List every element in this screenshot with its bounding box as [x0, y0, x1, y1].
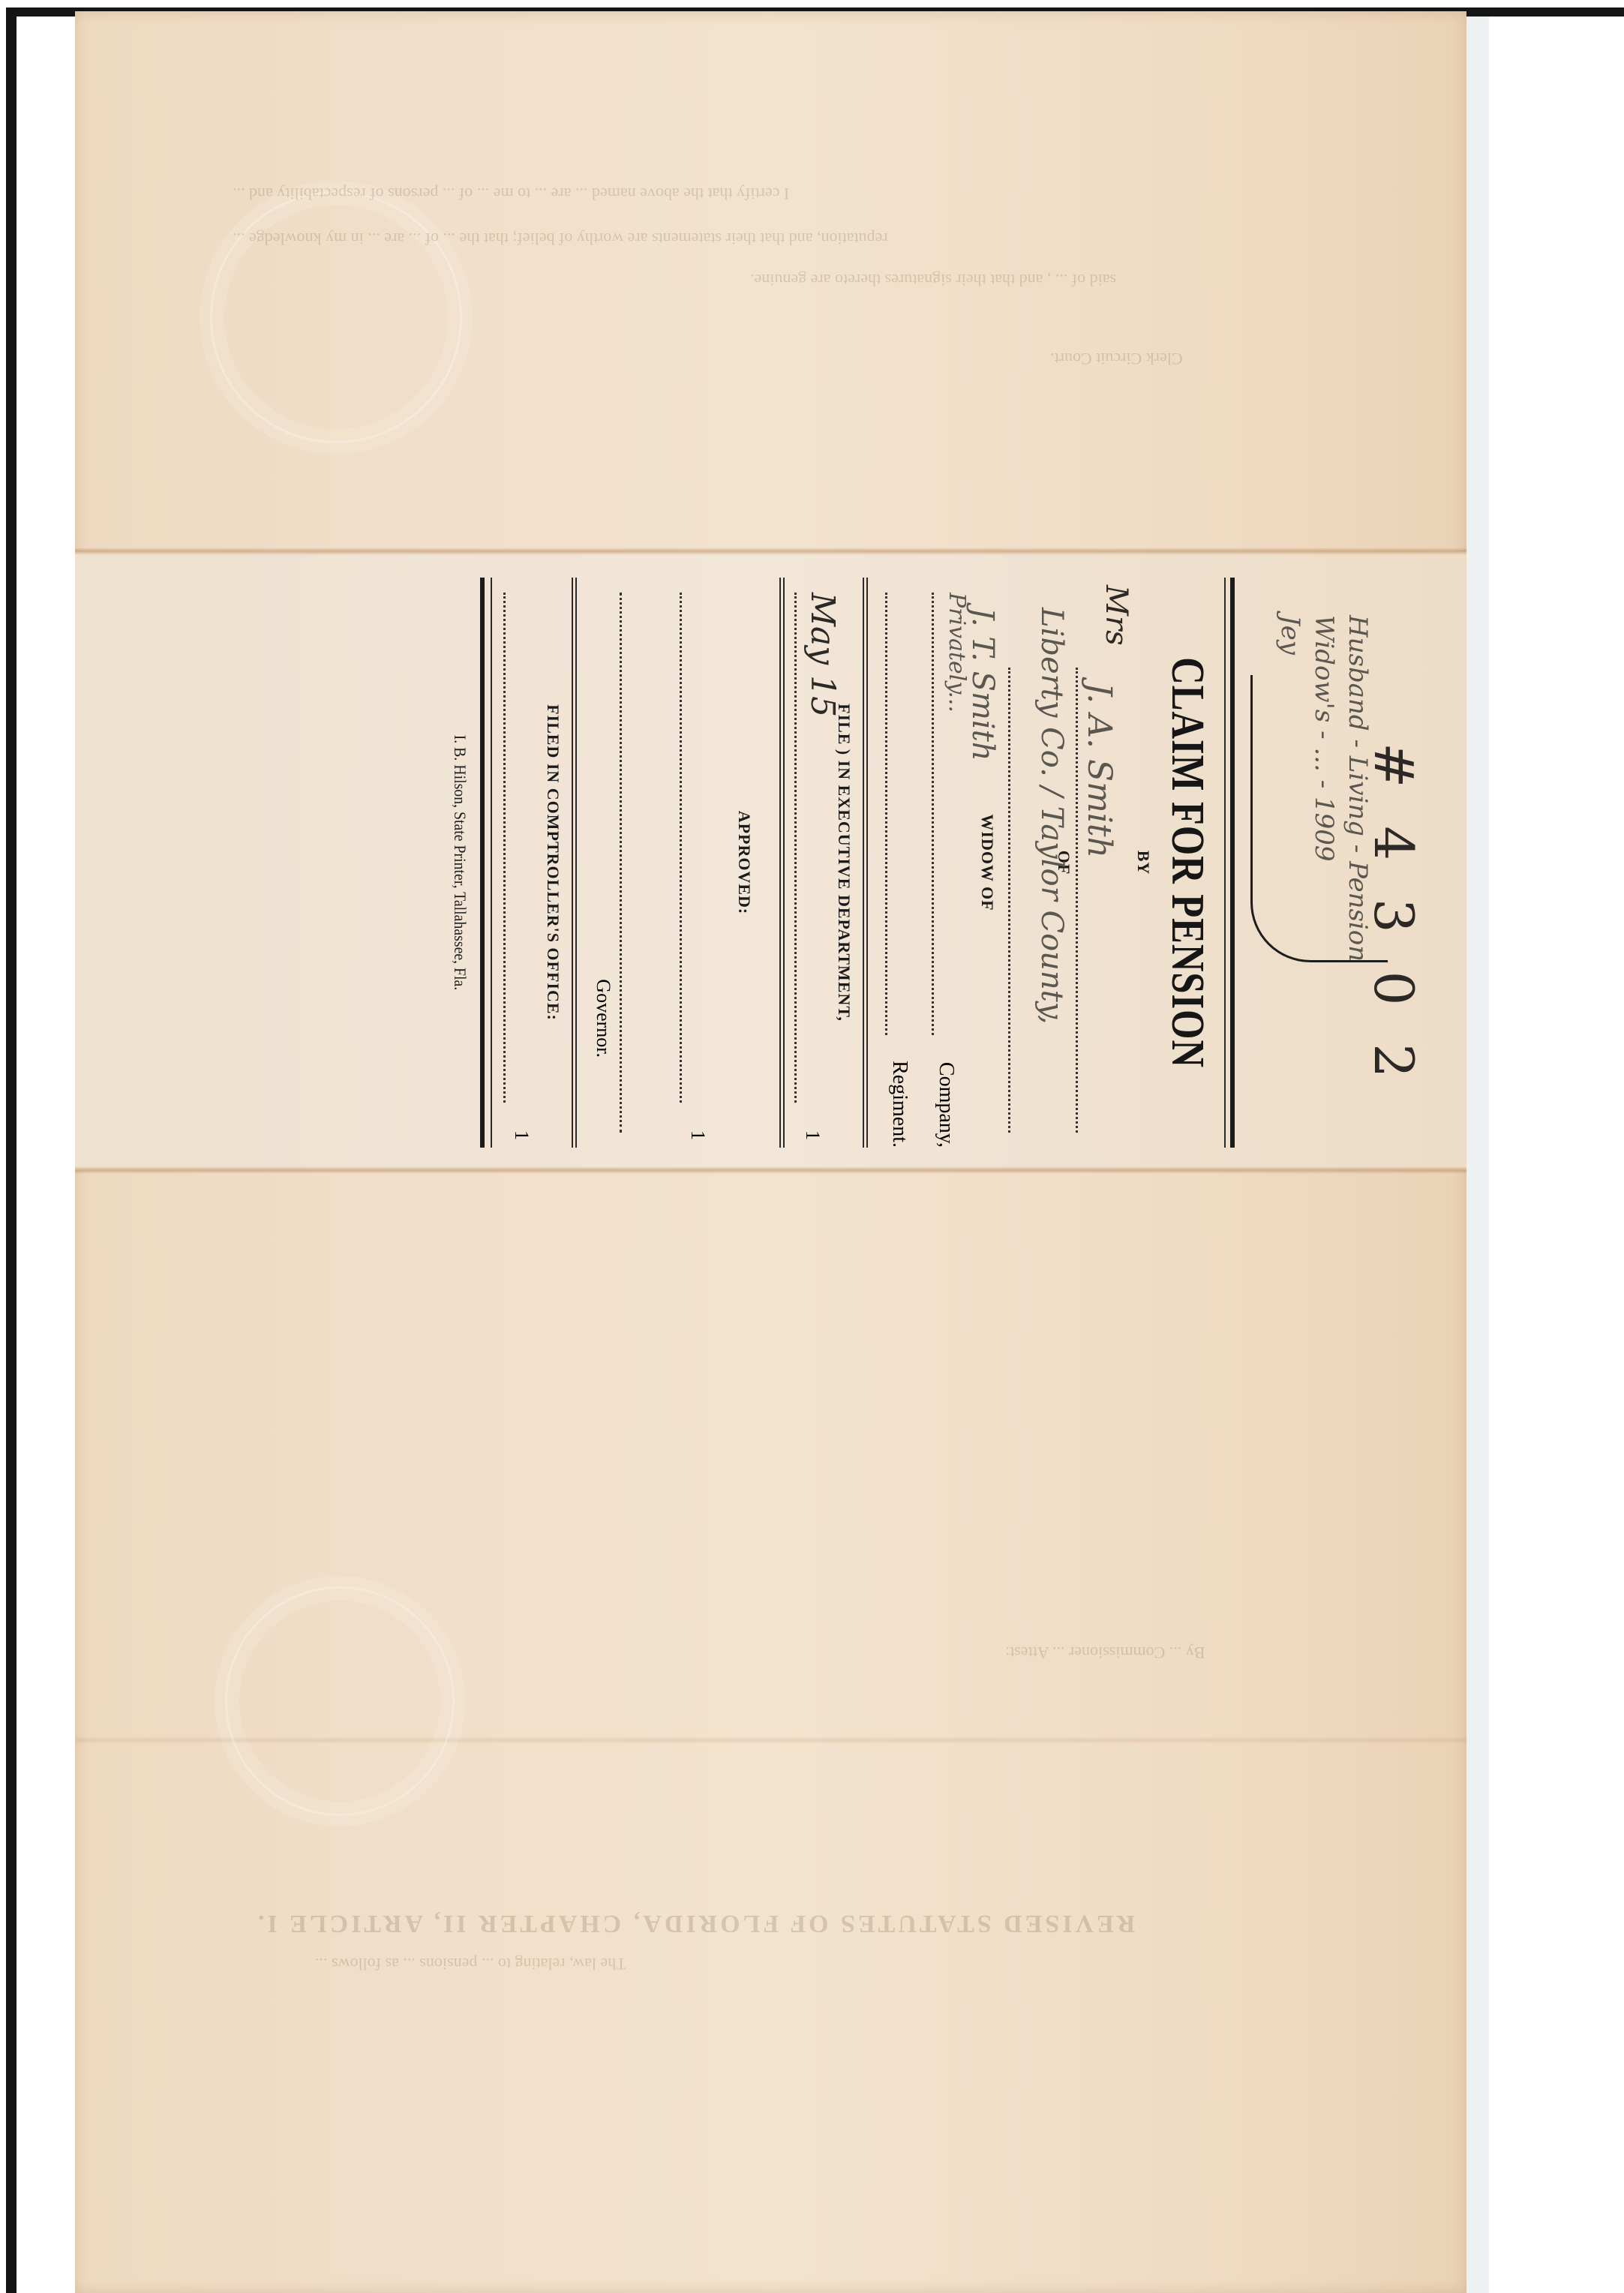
governor-signature-line — [620, 593, 643, 1133]
executive-date-line — [794, 593, 818, 1103]
fold-line-bottom — [75, 1166, 1466, 1174]
claimant-prefix: Mrs — [1099, 585, 1133, 646]
company-row: J. T. Smith Privately... Company, — [925, 578, 977, 1148]
comptroller-date-line — [503, 593, 527, 1103]
widow-of-name: J. T. Smith — [965, 608, 1000, 761]
bleed-text-line: By ... Commissioner ... Attest: — [1005, 1643, 1205, 1662]
bleed-statute-header: REVISED STATUTES OF FLORIDA, CHAPTER II,… — [255, 1909, 1135, 1937]
approved-date-line — [680, 593, 703, 1103]
governor-signature-row — [614, 578, 659, 1148]
section-rule — [863, 578, 864, 1148]
executive-date-row: May 15 1 — [789, 578, 834, 1148]
governor-label: Governor. — [592, 578, 614, 1058]
section-rule — [572, 578, 573, 1148]
section-rule — [866, 578, 868, 1148]
bleed-text-line: I certify that the above named ... are .… — [233, 184, 789, 203]
bleed-text-line: reputation, and that their statements ar… — [233, 229, 888, 248]
document-paper: I certify that the above named ... are .… — [75, 11, 1466, 2293]
fold-line-top — [75, 548, 1466, 555]
county-row: Liberty Co. / Taylor County, — [1001, 578, 1054, 1148]
pension-claim-form: CLAIM FOR PENSION BY Mrs J. A. Smith OF … — [300, 578, 1238, 1148]
approved-heading: APPROVED: — [734, 578, 754, 1148]
bleed-text-line: said of ... , and that their signatures … — [750, 270, 1116, 290]
footer-rule-thin — [491, 578, 492, 1148]
company-label: Company, — [934, 1062, 958, 1148]
comptroller-year-prefix: 1 — [510, 1130, 533, 1140]
scan-left-border — [6, 8, 17, 2293]
annotation-bracket — [1250, 675, 1388, 962]
by-label: BY — [1133, 578, 1153, 1148]
section-rule — [783, 578, 785, 1148]
filed-comptroller-heading: FILED IN COMPTROLLER'S OFFICE: — [543, 578, 563, 1148]
bleed-text-line: The law, relating to ... pensions ... as… — [315, 1954, 626, 1973]
bleed-signature-label: Clerk Circuit Court. — [1050, 349, 1183, 368]
regiment-row: Regiment. — [872, 578, 925, 1148]
county-value: Liberty Co. / Taylor County, — [1034, 608, 1069, 1025]
regiment-label: Regiment. — [887, 1061, 911, 1148]
company-line — [932, 593, 955, 1035]
section-rule — [575, 578, 577, 1148]
annotation-line-3: Jey — [1275, 615, 1305, 655]
executive-year-prefix: 1 — [801, 1130, 824, 1140]
claimant-row: Mrs J. A. Smith — [1073, 578, 1126, 1148]
county-line — [1008, 668, 1031, 1133]
embossed-seal-bottom — [225, 1586, 455, 1816]
comptroller-date-row: 1 — [498, 578, 543, 1148]
scan-right-margin — [1466, 17, 1489, 2293]
printer-imprint: I. B. Hilson, State Printer, Tallahassee… — [450, 606, 470, 1119]
claimant-name-line — [1076, 668, 1099, 1133]
approved-year-prefix: 1 — [686, 1130, 709, 1140]
section-rule — [779, 578, 781, 1148]
pencil-annotation-block: # 4 3 0 2 Husband - Living - Pension Wid… — [1200, 585, 1440, 1125]
footer-rule-heavy — [480, 578, 485, 1148]
approved-date-row: 1 — [674, 578, 719, 1148]
regiment-line — [885, 593, 908, 1035]
